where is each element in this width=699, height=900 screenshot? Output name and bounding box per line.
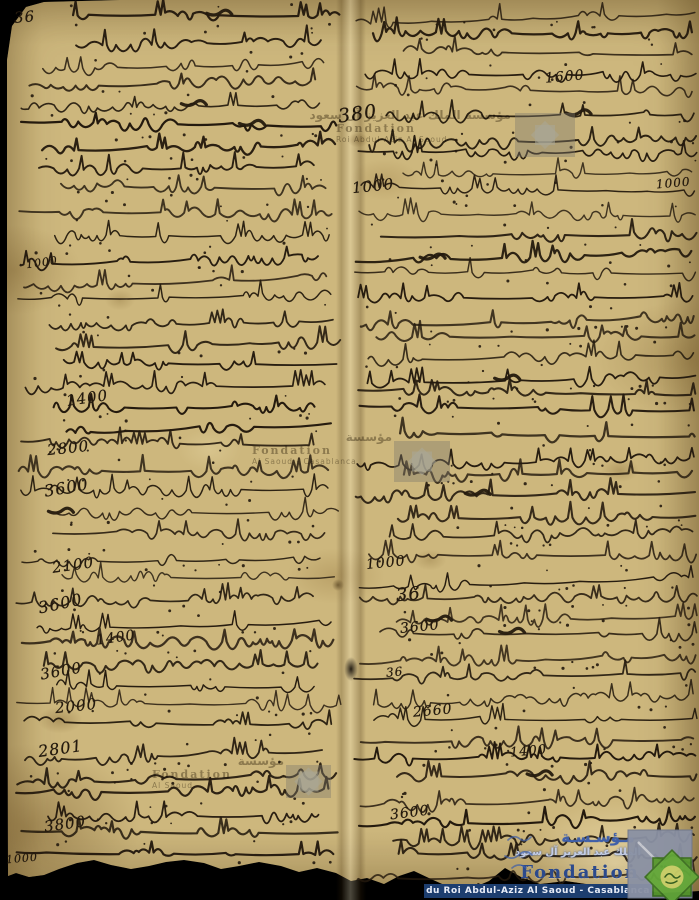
faint-watermark-logo-icon [286,765,331,798]
price-figure: 1000 [655,175,691,192]
price-figure: 1000 [5,851,38,867]
faint-watermark-logo-icon [515,113,575,157]
faint-watermark-logo-icon [394,441,450,482]
manuscript-scan: 3610001400280036002100360014003600200028… [0,0,699,900]
price-figure: 36 [385,664,403,679]
price-figure: 36 [13,7,36,27]
handwriting-left-column [16,0,341,864]
price-figure: 36 [395,583,422,606]
handwriting-layer [0,0,699,900]
